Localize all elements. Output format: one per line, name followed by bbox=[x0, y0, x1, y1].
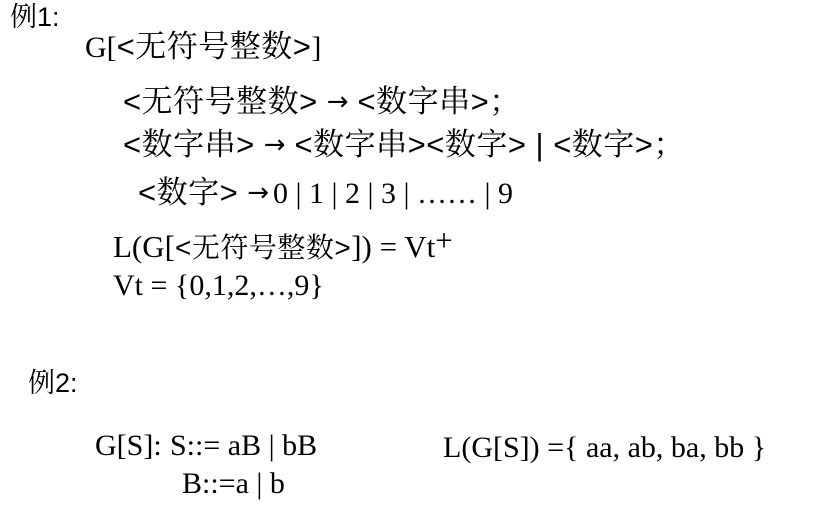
lecture-slide: 例1: G[<无符号整数>] <无符号整数>→<数字串>； <数字串>→<数字串… bbox=[0, 0, 836, 520]
production-3-lhs: <数字> bbox=[138, 175, 238, 210]
language-definition-2: L(G[S]) ={ aa, ab, ba, bb } bbox=[443, 432, 766, 464]
language-definition-1: L(G[<无符号整数>]) = Vt+ bbox=[113, 231, 453, 264]
grammar-name-nonterminal: <无符号整数> bbox=[117, 29, 312, 64]
production-1-lhs: <无符号整数> bbox=[123, 84, 318, 119]
arrow-icon: → bbox=[327, 87, 349, 117]
arrow-icon: → bbox=[264, 130, 286, 160]
example2-production-b: B::=a | b bbox=[182, 468, 285, 500]
grammar-name-suffix: ] bbox=[311, 31, 321, 64]
production-rule-1: <无符号整数>→<数字串>； bbox=[123, 86, 521, 119]
grammar-name-prefix: G[ bbox=[85, 31, 117, 64]
example2-production-s: S::= aB | bB bbox=[170, 430, 317, 462]
language-1-prefix: L(G[ bbox=[113, 229, 175, 264]
example1-label: 例1: bbox=[10, 3, 60, 31]
language-1-mid: ]) = Vt bbox=[351, 229, 435, 264]
production-1-rhs: <数字串>； bbox=[358, 84, 521, 119]
example2-grammar-label: G[S]: bbox=[95, 430, 162, 462]
production-3-rhs: 0 | 1 | 2 | 3 | …… | 9 bbox=[273, 177, 513, 210]
production-2-rhs: <数字串><数字> | <数字>； bbox=[295, 127, 685, 162]
arrow-icon: → bbox=[247, 178, 269, 208]
production-rule-3: <数字>→0 | 1 | 2 | 3 | …… | 9 bbox=[138, 177, 513, 210]
example2-label: 例2: bbox=[28, 369, 78, 397]
language-1-nonterminal: <无符号整数> bbox=[175, 232, 351, 263]
terminal-set: Vt = {0,1,2,…,9} bbox=[113, 270, 324, 302]
production-rule-2: <数字串>→<数字串><数字> | <数字>； bbox=[123, 129, 685, 162]
language-1-superscript: + bbox=[435, 223, 452, 258]
production-2-lhs: <数字串> bbox=[123, 127, 255, 162]
example1-grammar-name: G[<无符号整数>] bbox=[85, 31, 321, 64]
